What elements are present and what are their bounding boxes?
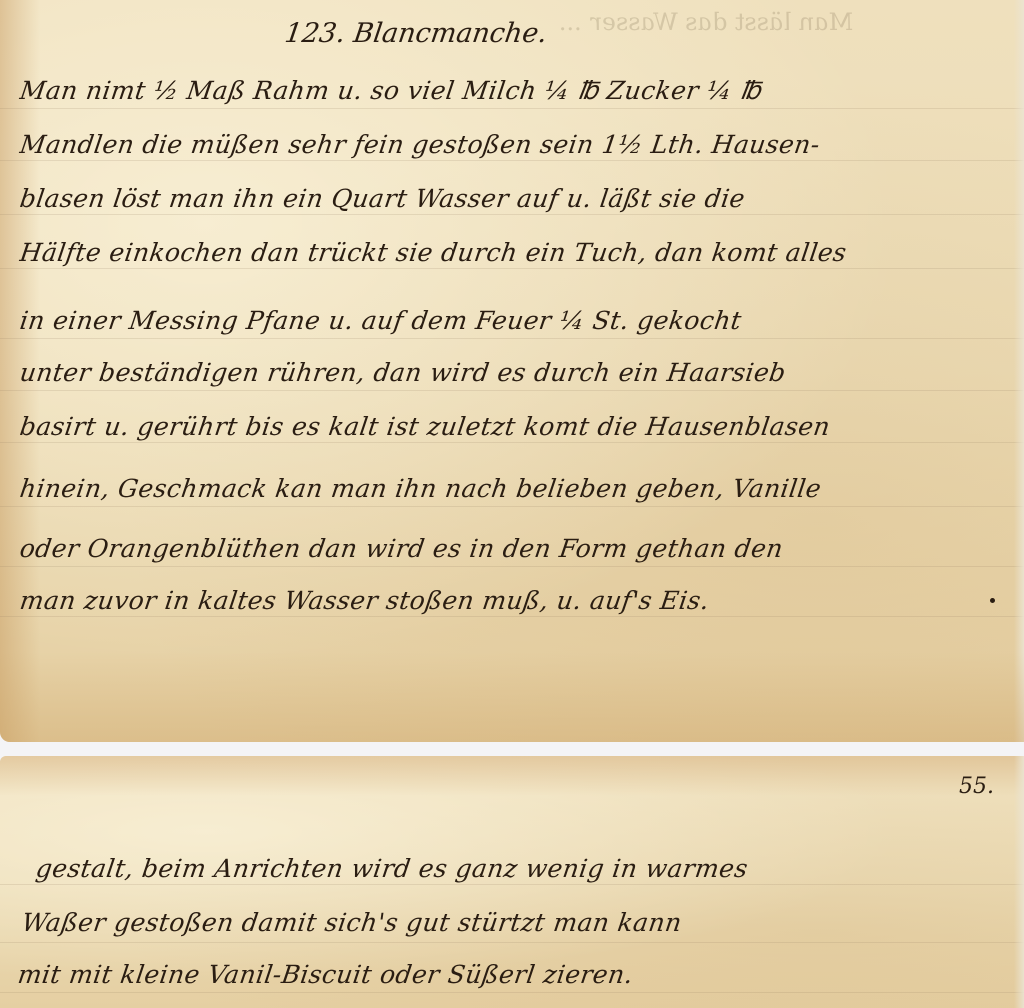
text-line: man zuvor in kaltes Wasser stoßen muß, u… [18, 586, 1004, 615]
text-line: hinein, Geschmack kan man ihn nach belie… [18, 474, 1004, 503]
text-line: Man nimt ½ Maß Rahm u. so viel Milch ¼ ℔… [18, 76, 1004, 105]
text-line: in einer Messing Pfane u. auf dem Feuer … [18, 306, 1004, 335]
ruled-line [0, 992, 1024, 993]
end-mark [990, 598, 995, 603]
ruled-line [0, 160, 1024, 161]
ruled-line [0, 616, 1024, 617]
text-line: unter beständigen rühren, dan wird es du… [18, 358, 1004, 387]
ruled-line [0, 268, 1024, 269]
ruled-line [0, 942, 1024, 943]
manuscript-page-top: Man lässt das Wasser ... 123. Blancmanch… [0, 0, 1024, 742]
text-line: Hälfte einkochen dan trückt sie durch ei… [18, 238, 1004, 267]
page-edge [1014, 756, 1024, 1008]
bleed-through-text: Man lässt das Wasser ... [558, 8, 856, 36]
page-edge [1014, 0, 1024, 742]
text-line: gestalt, beim Anrichten wird es ganz wen… [34, 854, 1004, 883]
ruled-line [0, 108, 1024, 109]
manuscript-page-bottom: 55. gestalt, beim Anrichten wird es ganz… [0, 756, 1024, 1008]
ruled-line [0, 338, 1024, 339]
ruled-line [0, 442, 1024, 443]
ruled-line [0, 390, 1024, 391]
page-number: 55. [959, 774, 994, 799]
text-line: blasen löst man ihn ein Quart Wasser auf… [18, 184, 1004, 213]
ruled-line [0, 214, 1024, 215]
ruled-line [0, 506, 1024, 507]
ruled-line [0, 566, 1024, 567]
ruled-line [0, 884, 1024, 885]
text-line: Waßer gestoßen damit sich's gut stürtzt … [20, 908, 1004, 937]
text-line: basirt u. gerührt bis es kalt ist zuletz… [18, 412, 1004, 441]
text-line: oder Orangenblüthen dan wird es in den F… [18, 534, 1004, 563]
text-line: Mandlen die müßen sehr fein gestoßen sei… [18, 130, 1004, 159]
text-line: mit mit kleine Vanil-Biscuit oder Süßerl… [16, 960, 1004, 989]
recipe-title: 123. Blancmanche. [283, 18, 549, 49]
